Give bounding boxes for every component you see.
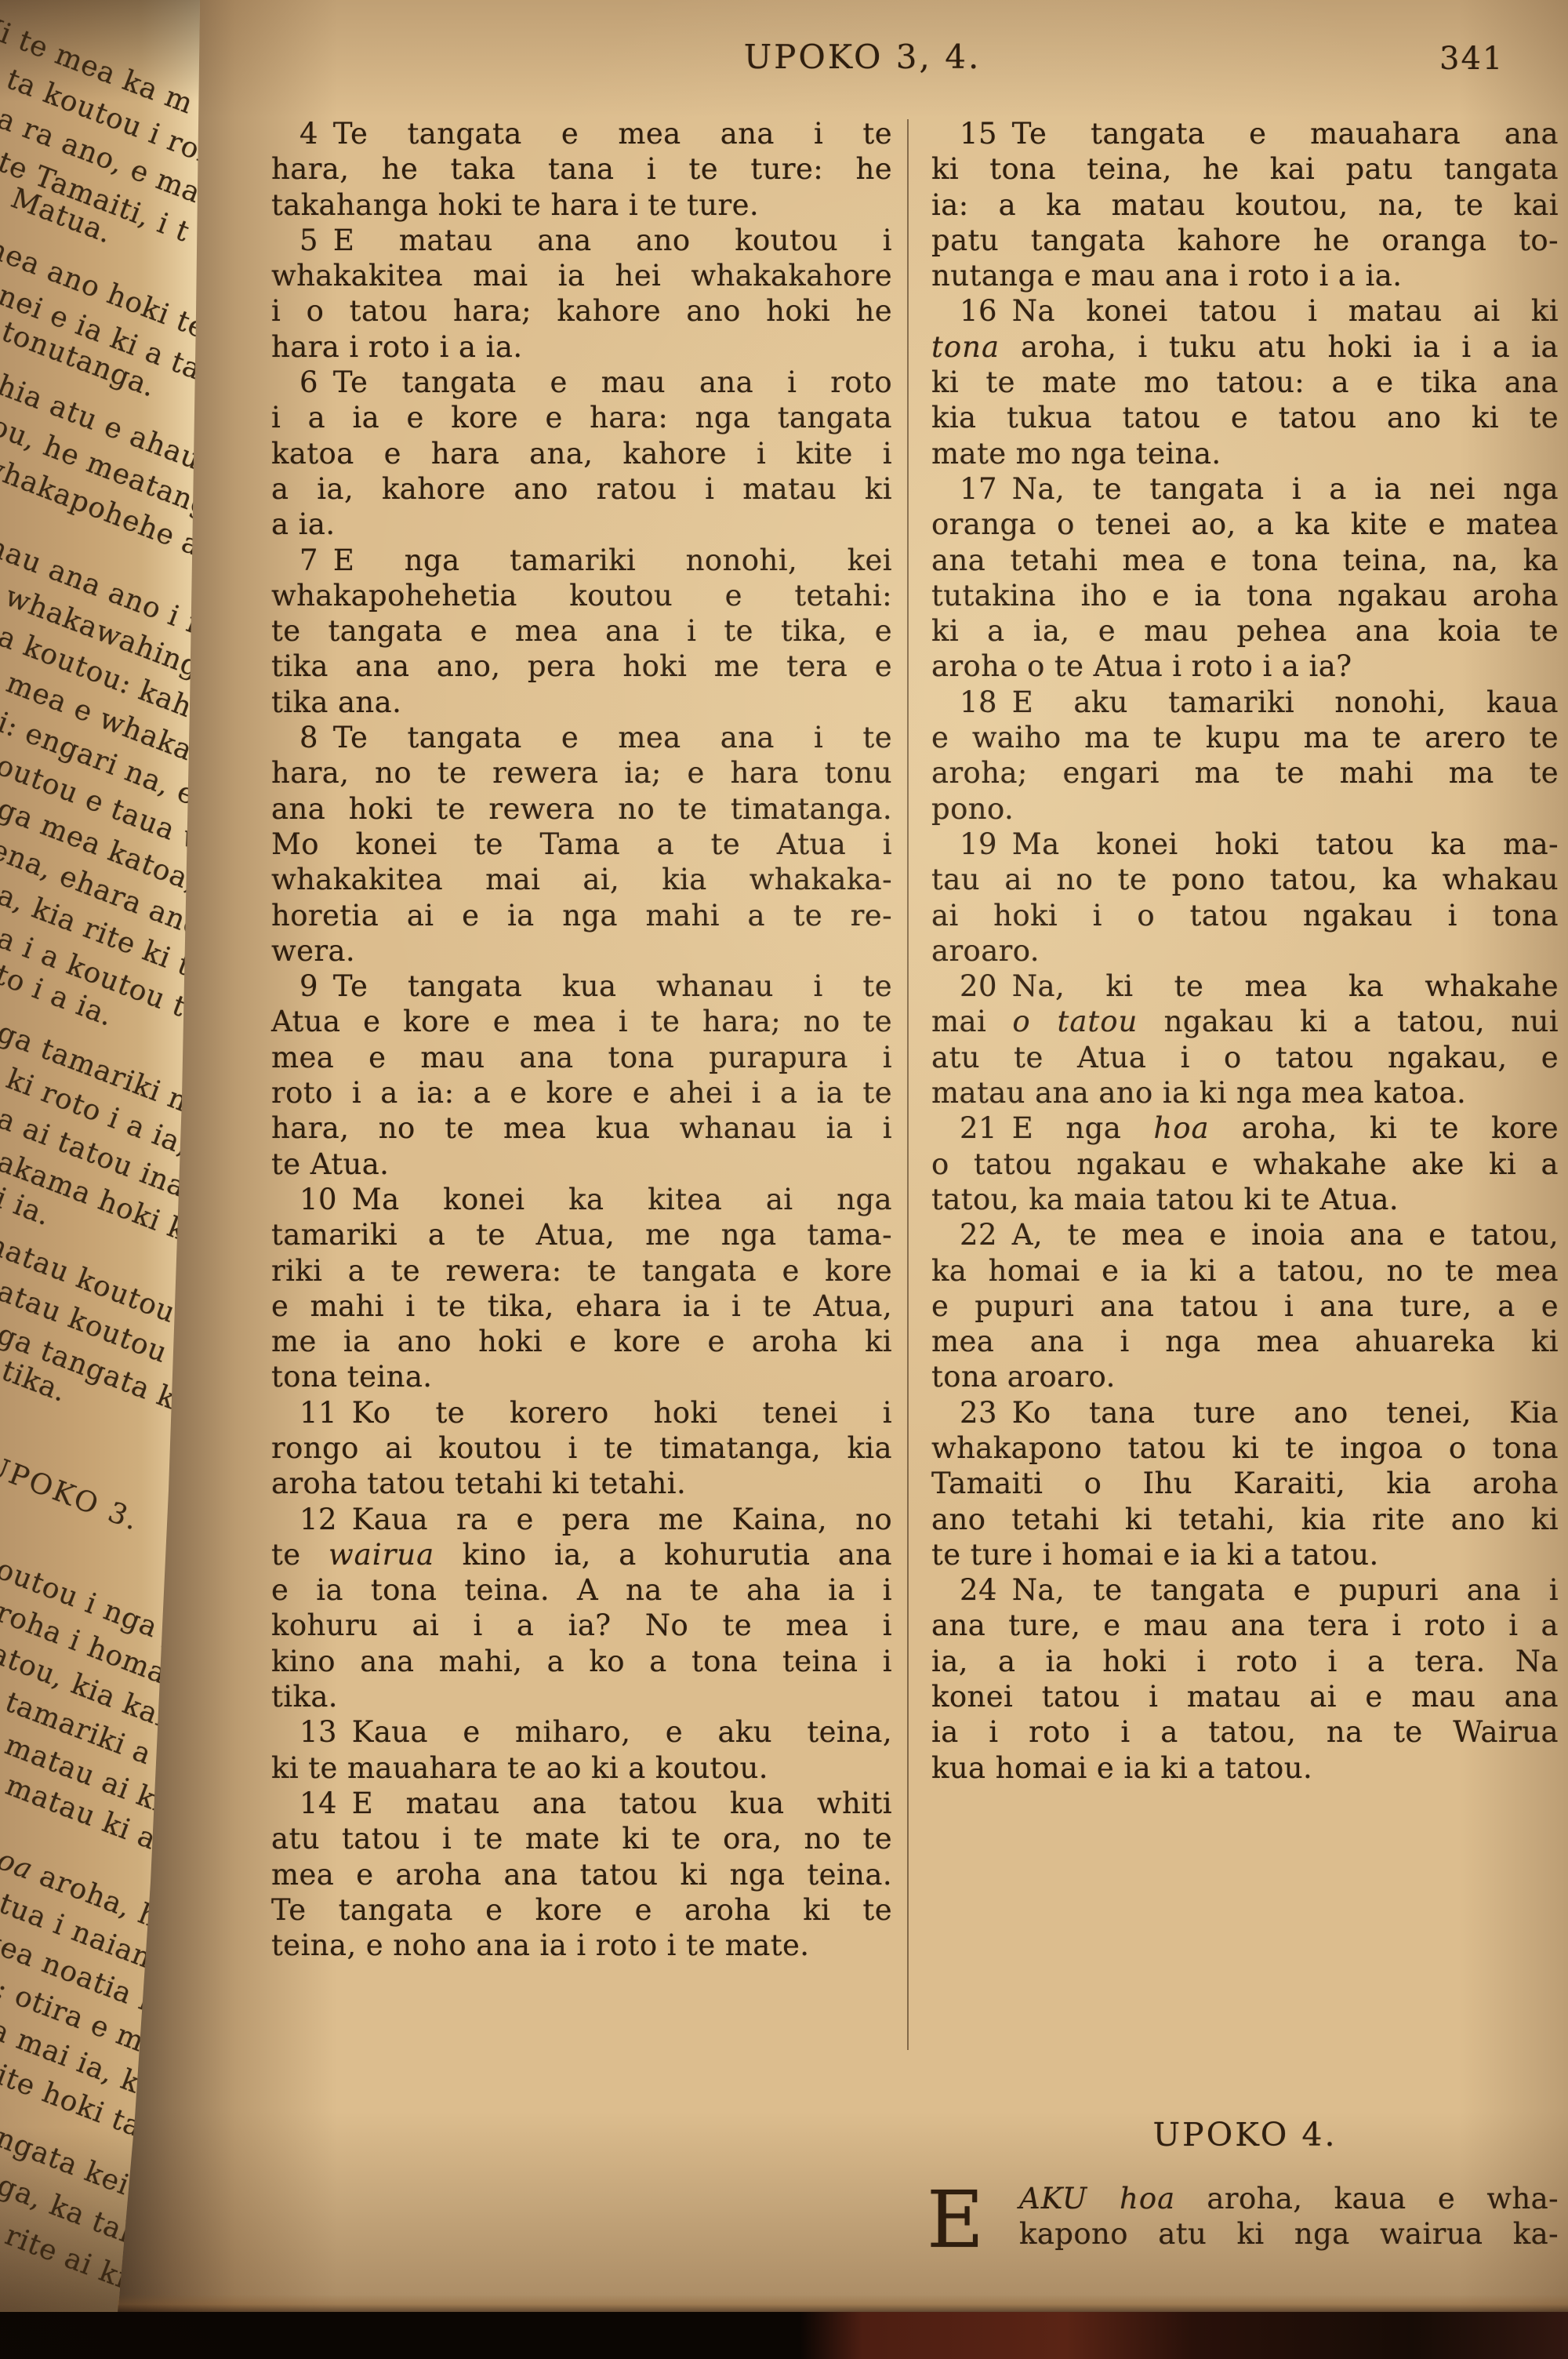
verse-line: 20 Na, ki te mea ka whakahe [931, 969, 1559, 1004]
verse-line: mea ana i nga mea ahuareka ki [931, 1324, 1559, 1359]
verse-line: tika ana. [271, 685, 892, 720]
verse-line: 23 Ko tana ture ano tenei, Kia [931, 1395, 1559, 1430]
verse-line: patu tangata kahore he oranga to- [931, 223, 1559, 258]
verse: 4 Te tangata e mea ana i tehara, he taka… [271, 116, 892, 223]
verse-line: 22 A, te mea e inoia ana e tatou, [931, 1217, 1559, 1252]
verse: 6 Te tangata e mau ana i rotoi a ia e ko… [271, 365, 892, 542]
verse-line: 18 E aku tamariki nonohi, kaua [931, 685, 1559, 720]
verse: 23 Ko tana ture ano tenei, Kiawhakapono … [931, 1395, 1559, 1572]
verse-line: hara, no te mea kua whanau ia i [271, 1110, 892, 1146]
verse-line: tatou, ka maia tatou ki te Atua. [931, 1182, 1559, 1217]
verse-line: 21 E nga hoa aroha, ki te kore [931, 1110, 1559, 1146]
verse-line: teina, e noho ana ia i roto i te mate. [271, 1928, 892, 1963]
previous-page-text-line: UPOKO 3. [0, 1451, 143, 1536]
verse-line: Atua e kore e mea i te hara; no te [271, 1004, 892, 1039]
verse-line: whakapono tatou ki te ingoa o tona [931, 1430, 1559, 1466]
verse-line: ana hoki te rewera no te timatanga. [271, 791, 892, 827]
verse-line: aroha; engari ma te mahi ma te [931, 755, 1559, 791]
verse-line: aroaro. [931, 933, 1559, 969]
verse-line: ana tetahi mea e tona teina, na, ka [931, 543, 1559, 578]
verse-line: ki a ia, e mau pehea ana koia te [931, 613, 1559, 649]
verse: 9 Te tangata kua whanau i teAtua e kore … [271, 969, 892, 1182]
chapter-4-first-verse: E AKU hoa aroha, kaua e wha-kapono atu k… [931, 2181, 1559, 2252]
verse-line: ki te mauahara te ao ki a koutou. [271, 1750, 892, 1786]
page-bottom-edge-shadow [118, 2295, 1568, 2312]
verse-line: 9 Te tangata kua whanau i te [271, 969, 892, 1004]
verse-line: Tamaiti o Ihu Karaiti, kia aroha [931, 1466, 1559, 1501]
verse-line: aroha tatou tetahi ki tetahi. [271, 1466, 892, 1501]
verse-line: takahanga hoki te hara i te ture. [271, 187, 892, 223]
page-number: 341 [1439, 41, 1504, 77]
verse-line: i o tatou hara; kahore ano hoki he [271, 293, 892, 329]
verse: 22 A, te mea e inoia ana e tatou,ka homa… [931, 1217, 1559, 1394]
verse-line: matau ana ano ia ki nga mea katoa. [931, 1075, 1559, 1110]
verse: 12 Kaua ra e pera me Kaina, note wairua … [271, 1502, 892, 1715]
verse: 8 Te tangata e mea ana i tehara, no te r… [271, 720, 892, 969]
verse-line: me ia ano hoki e kore e aroha ki [271, 1324, 892, 1359]
verse-line: 6 Te tangata e mau ana i roto [271, 365, 892, 400]
verse-line: kua homai e ia ki a tatou. [931, 1750, 1559, 1786]
verse: 20 Na, ki te mea ka whakahemai o tatou n… [931, 969, 1559, 1110]
verse-line: a ia, kahore ano ratou i matau ki [271, 471, 892, 507]
verse-line: kia tukua tatou e tatou ano ki te [931, 400, 1559, 435]
verse-line: 16 Na konei tatou i matau ai ki [931, 293, 1559, 329]
verse-line: ia: a ka matau koutou, na, te kai [931, 187, 1559, 223]
verse-line: ia i roto i a tatou, na te Wairua [931, 1714, 1559, 1750]
book-page-photo: Ki te mea ka mu ta koutou i rongga ra an… [0, 0, 1568, 2359]
verse-line: mate mo nga teina. [931, 436, 1559, 471]
verse-line: wera. [271, 933, 892, 969]
verse-line: tamariki a te Atua, me nga tama- [271, 1217, 892, 1252]
verse-line: riki a te rewera: te tangata e kore [271, 1253, 892, 1289]
verse-line: e ia tona teina. A na te aha ia i [271, 1572, 892, 1608]
verse: 13 Kaua e miharo, e aku teina,ki te maua… [271, 1714, 892, 1786]
chapter-4-verse-line: AKU hoa aroha, kaua e wha- [1019, 2181, 1559, 2216]
verse-line: te Atua. [271, 1147, 892, 1182]
verse-line: tona teina. [271, 1359, 892, 1394]
verse-line: hara, he taka tana i te ture: he [271, 151, 892, 187]
verse-line: ano tetahi ki tetahi, kia rite ano ki [931, 1502, 1559, 1537]
verse-line: Te tangata e kore e aroha ki te [271, 1892, 892, 1928]
verse-line: o tatou ngakau e whakahe ake ki a [931, 1147, 1559, 1182]
verse-line: atu tatou i te mate ki te ora, no te [271, 1821, 892, 1856]
verse-line: atu te Atua i o tatou ngakau, e [931, 1040, 1559, 1075]
verse-line: kino ana mahi, a ko a tona teina i [271, 1644, 892, 1679]
verse: 21 E nga hoa aroha, ki te koreo tatou ng… [931, 1110, 1559, 1217]
book-binding-and-table-edge [0, 2312, 1568, 2359]
verse: 5 E matau ana ano koutou iwhakakitea mai… [271, 223, 892, 365]
verse: 16 Na konei tatou i matau ai kitona aroh… [931, 293, 1559, 471]
chapter-4-verse-lines: AKU hoa aroha, kaua e wha-kapono atu ki … [1019, 2181, 1559, 2252]
page-header-chapter-title: UPOKO 3, 4. [690, 38, 1035, 76]
verse: 10 Ma konei ka kitea ai ngatamariki a te… [271, 1182, 892, 1395]
verse-line: 4 Te tangata e mea ana i te [271, 116, 892, 151]
chapter-4-heading: UPOKO 4. [931, 2115, 1559, 2154]
verse-line: ki te mate mo tatou: a e tika ana [931, 365, 1559, 400]
verse-line: pono. [931, 791, 1559, 827]
verse-line: tona aroaro. [931, 1359, 1559, 1394]
verse-line: i a ia e kore e hara: nga tangata [271, 400, 892, 435]
verse-line: 12 Kaua ra e pera me Kaina, no [271, 1502, 892, 1537]
verse-line: whakakitea mai ia hei whakakahore [271, 258, 892, 293]
verse: 15 Te tangata e mauahara anaki tona tein… [931, 116, 1559, 293]
verse-line: nutanga e mau ana i roto i a ia. [931, 258, 1559, 293]
verse-line: 5 E matau ana ano koutou i [271, 223, 892, 258]
verse-line: tutakina iho e ia tona ngakau aroha [931, 578, 1559, 613]
verse-line: ana ture, e mau ana tera i roto i a [931, 1608, 1559, 1643]
verse-line: tika ana ano, pera hoki me tera e [271, 649, 892, 684]
verse-line: te wairua kino ia, a kohurutia ana [271, 1537, 892, 1572]
verse-line: ka homai e ia ki a tatou, no te mea [931, 1253, 1559, 1289]
verse-line: tau ai no te pono tatou, ka whakau [931, 862, 1559, 897]
verse-line: whakapohehetia koutou e tetahi: [271, 578, 892, 613]
left-text-column: 4 Te tangata e mea ana i tehara, he taka… [271, 116, 892, 1963]
right-column-verses: 15 Te tangata e mauahara anaki tona tein… [931, 116, 1559, 1786]
verse: 17 Na, te tangata i a ia nei ngaoranga o… [931, 471, 1559, 685]
verse-line: 24 Na, te tangata e pupuri ana i [931, 1572, 1559, 1608]
verse-line: 8 Te tangata e mea ana i te [271, 720, 892, 755]
verse-line: tona aroha, i tuku atu hoki ia i a ia [931, 329, 1559, 365]
verse-line: 13 Kaua e miharo, e aku teina, [271, 1714, 892, 1750]
verse-line: ki tona teina, he kai patu tangata [931, 151, 1559, 187]
verse: 14 E matau ana tatou kua whitiatu tatou … [271, 1786, 892, 1963]
verse-line: 19 Ma konei hoki tatou ka ma- [931, 827, 1559, 862]
verse: 19 Ma konei hoki tatou ka ma-tau ai no t… [931, 827, 1559, 969]
verse-line: roto i a ia: a e kore e ahei i a ia te [271, 1075, 892, 1110]
verse-line: te tangata e mea ana i te tika, e [271, 613, 892, 649]
verse-line: kohuru ai i a ia? No te mea i [271, 1608, 892, 1643]
verse-line: whakakitea mai ai, kia whakaka- [271, 862, 892, 897]
verse-line: aroha o te Atua i roto i a ia? [931, 649, 1559, 684]
verse-line: tika. [271, 1679, 892, 1714]
verse-line: e mahi i te tika, ehara ia i te Atua, [271, 1289, 892, 1324]
verse: 7 E nga tamariki nonohi, keiwhakapohehet… [271, 543, 892, 720]
column-divider-rule [907, 119, 909, 2050]
verse-line: katoa e hara ana, kahore i kite i [271, 436, 892, 471]
verse-line: hara i roto i a ia. [271, 329, 892, 365]
verse-line: e pupuri ana tatou i ana ture, a e [931, 1289, 1559, 1324]
verse-line: 17 Na, te tangata i a ia nei nga [931, 471, 1559, 507]
verse: 11 Ko te korero hoki tenei irongo ai kou… [271, 1395, 892, 1502]
right-text-column: 15 Te tangata e mauahara anaki tona tein… [931, 116, 1559, 2252]
verse-line: ia, a ia hoki i roto i a tera. Na [931, 1644, 1559, 1679]
verse-line: te ture i homai e ia ki a tatou. [931, 1537, 1559, 1572]
verse-line: 7 E nga tamariki nonohi, kei [271, 543, 892, 578]
verse-line: mai o tatou ngakau ki a tatou, nui [931, 1004, 1559, 1039]
verse-line: oranga o tenei ao, a ka kite e matea [931, 507, 1559, 542]
verse: 18 E aku tamariki nonohi, kauae waiho ma… [931, 685, 1559, 827]
verse-line: horetia ai e ia nga mahi a te re- [271, 898, 892, 933]
verse-line: 10 Ma konei ka kitea ai nga [271, 1182, 892, 1217]
chapter-4-verse-line: kapono atu ki nga wairua ka- [1019, 2216, 1559, 2252]
verse-line: mea e aroha ana tatou ki nga teina. [271, 1857, 892, 1892]
verse-line: hara, no te rewera ia; e hara tonu [271, 755, 892, 791]
verse-line: 15 Te tangata e mauahara ana [931, 116, 1559, 151]
verse-line: 11 Ko te korero hoki tenei i [271, 1395, 892, 1430]
verse: 24 Na, te tangata e pupuri ana iana ture… [931, 1572, 1559, 1786]
verse-line: Mo konei te Tama a te Atua i [271, 827, 892, 862]
verse-line: mea e mau ana tona purapura i [271, 1040, 892, 1075]
dropcap-letter: E [927, 2184, 984, 2256]
verse-line: e waiho ma te kupu ma te arero te [931, 720, 1559, 755]
verse-line: rongo ai koutou i te timatanga, kia [271, 1430, 892, 1466]
verse-line: konei tatou i matau ai e mau ana [931, 1679, 1559, 1714]
verse-line: 14 E matau ana tatou kua whiti [271, 1786, 892, 1821]
verse-line: a ia. [271, 507, 892, 542]
verse-line: ai hoki i o tatou ngakau i tona [931, 898, 1559, 933]
